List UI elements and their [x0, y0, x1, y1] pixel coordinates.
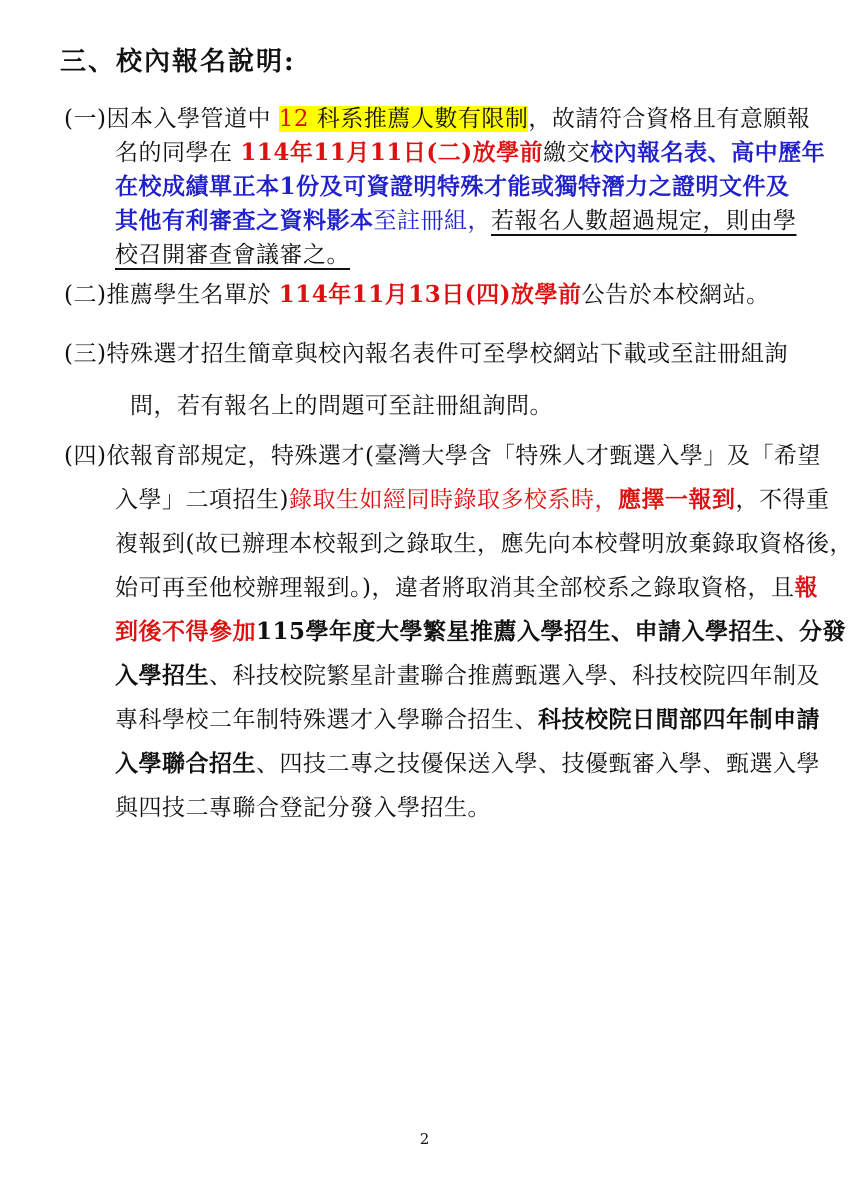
- text-segment: 始可再至他校辦理報到。)，違者將取消其全部校系之錄取資格，且: [115, 575, 794, 601]
- text-segment: 複報到(故已辦理本校報到之錄取生，應先向本校聲明放棄錄取資格後，: [115, 531, 849, 557]
- text-segment: ，不得重: [735, 487, 829, 513]
- text-segment: 科技校院日間部四年制申請: [538, 706, 820, 733]
- text-segment: 入學聯合招生: [115, 750, 256, 777]
- document-page: 三、校內報名說明: (一)因本入學管道中 12 科系推薦人數有限制，故請符合資格…: [0, 0, 849, 1200]
- text-segment: 115學年度大學繁星推薦入學招生、申請入學招生、分發: [256, 618, 846, 645]
- text-segment: (三)特殊選才招生簡章與校內報名表件可至學校網站下載或至註冊組詢: [64, 341, 788, 367]
- text-line: (一)因本入學管道中 12 科系推薦人數有限制，故請符合資格且有意願報: [64, 102, 813, 136]
- text-line: 專科學校二年制特殊選才入學聯合招生、科技校院日間部四年制申請: [64, 698, 813, 742]
- page-number: 2: [0, 1130, 849, 1148]
- text-line: 複報到(故已辦理本校報到之錄取生，應先向本校聲明放棄錄取資格後，: [64, 522, 813, 566]
- text-segment: 114年11月11日(二)放學前: [240, 139, 543, 166]
- text-line: (二)推薦學生名單於 114年11月13日(四)放學前公告於本校網站。: [64, 278, 813, 312]
- list-item: (一)因本入學管道中 12 科系推薦人數有限制，故請符合資格且有意願報名的同學在…: [64, 102, 813, 272]
- text-segment: 報: [794, 574, 818, 601]
- text-segment: 入學招生: [115, 662, 209, 689]
- text-segment: (二)推薦學生名單於: [64, 282, 279, 308]
- text-segment: 入學」二項招生): [115, 487, 289, 513]
- text-line: 入學聯合招生、四技二專之技優保送入學、技優甄審入學、甄選入學: [64, 742, 813, 786]
- text-segment: 公告於本校網站。: [582, 282, 770, 308]
- text-segment: 到後不得參加: [115, 618, 256, 645]
- text-segment: 專科學校二年制特殊選才入學聯合招生、: [115, 707, 538, 733]
- list-item: (二)推薦學生名單於 114年11月13日(四)放學前公告於本校網站。: [64, 278, 813, 312]
- text-segment: 名的同學在: [115, 140, 240, 166]
- text-line: 在校成績單正本1份及可資證明特殊才能或獨特潛力之證明文件及: [64, 170, 813, 204]
- text-segment: 、四技二專之技優保送入學、技優甄審入學、甄選入學: [256, 751, 820, 777]
- page-title: 三、校內報名說明:: [60, 46, 813, 78]
- text-segment: 科系推薦人數有限制: [317, 106, 529, 132]
- text-line: 問，若有報名上的問題可至註冊組詢問。: [64, 380, 813, 432]
- text-segment: 問，若有報名上的問題可至註冊組詢問。: [130, 393, 553, 419]
- text-line: (四)依報育部規定，特殊選才(臺灣大學含「特殊人才甄選入學」及「希望: [64, 434, 813, 478]
- text-segment: (四)依報育部規定，特殊選才(臺灣大學含「特殊人才甄選入學」及「希望: [64, 443, 821, 469]
- list-item: (四)依報育部規定，特殊選才(臺灣大學含「特殊人才甄選入學」及「希望入學」二項招…: [64, 434, 813, 830]
- text-segment: 在校成績單正本1份及可資證明特殊才能或獨特潛力之證明文件及: [115, 173, 790, 200]
- text-segment: (一)因本入學管道中: [64, 106, 279, 132]
- text-segment: 、科技校院繁星計畫聯合推薦甄選入學、科技校院四年制及: [209, 663, 820, 689]
- text-segment: 114年11月13日(四)放學前: [279, 281, 582, 308]
- list-item: (三)特殊選才招生簡章與校內報名表件可至學校網站下載或至註冊組詢問，若有報名上的…: [64, 328, 813, 432]
- text-line: 入學招生、科技校院繁星計畫聯合推薦甄選入學、科技校院四年制及: [64, 654, 813, 698]
- numbered-item-list: (一)因本入學管道中 12 科系推薦人數有限制，故請符合資格且有意願報名的同學在…: [60, 102, 813, 830]
- text-line: 入學」二項招生)錄取生如經同時錄取多校系時，應擇一報到，不得重: [64, 478, 813, 522]
- text-line: 名的同學在 114年11月11日(二)放學前繳交校內報名表、高中歷年: [64, 136, 813, 170]
- text-segment: 校召開審查會議審之。: [115, 242, 350, 268]
- text-line: 其他有利審查之資料影本至註冊組，若報名人數超過規定，則由學: [64, 204, 813, 238]
- document-body: 三、校內報名說明: (一)因本入學管道中 12 科系推薦人數有限制，故請符合資格…: [0, 0, 849, 830]
- text-segment: 12: [279, 106, 317, 132]
- text-line: 校召開審查會議審之。: [64, 238, 813, 272]
- text-line: (三)特殊選才招生簡章與校內報名表件可至學校網站下載或至註冊組詢: [64, 328, 813, 380]
- text-segment: 至註冊組，: [374, 208, 492, 234]
- text-segment: ，故請符合資格且有意願報: [528, 106, 810, 132]
- text-line: 始可再至他校辦理報到。)，違者將取消其全部校系之錄取資格，且報: [64, 566, 813, 610]
- text-segment: 校內報名表、高中歷年: [590, 139, 825, 166]
- text-segment: 若報名人數超過規定，則由學: [491, 208, 797, 234]
- text-line: 與四技二專聯合登記分發入學招生。: [64, 786, 813, 830]
- text-segment: 與四技二專聯合登記分發入學招生。: [115, 795, 491, 821]
- text-segment: 應擇一報到: [618, 486, 736, 513]
- text-segment: 繳交: [543, 140, 590, 166]
- text-segment: 錄取生如經同時錄取多校系時，: [289, 487, 618, 513]
- text-line: 到後不得參加115學年度大學繁星推薦入學招生、申請入學招生、分發: [64, 610, 813, 654]
- text-segment: 其他有利審查之資料影本: [115, 207, 374, 234]
